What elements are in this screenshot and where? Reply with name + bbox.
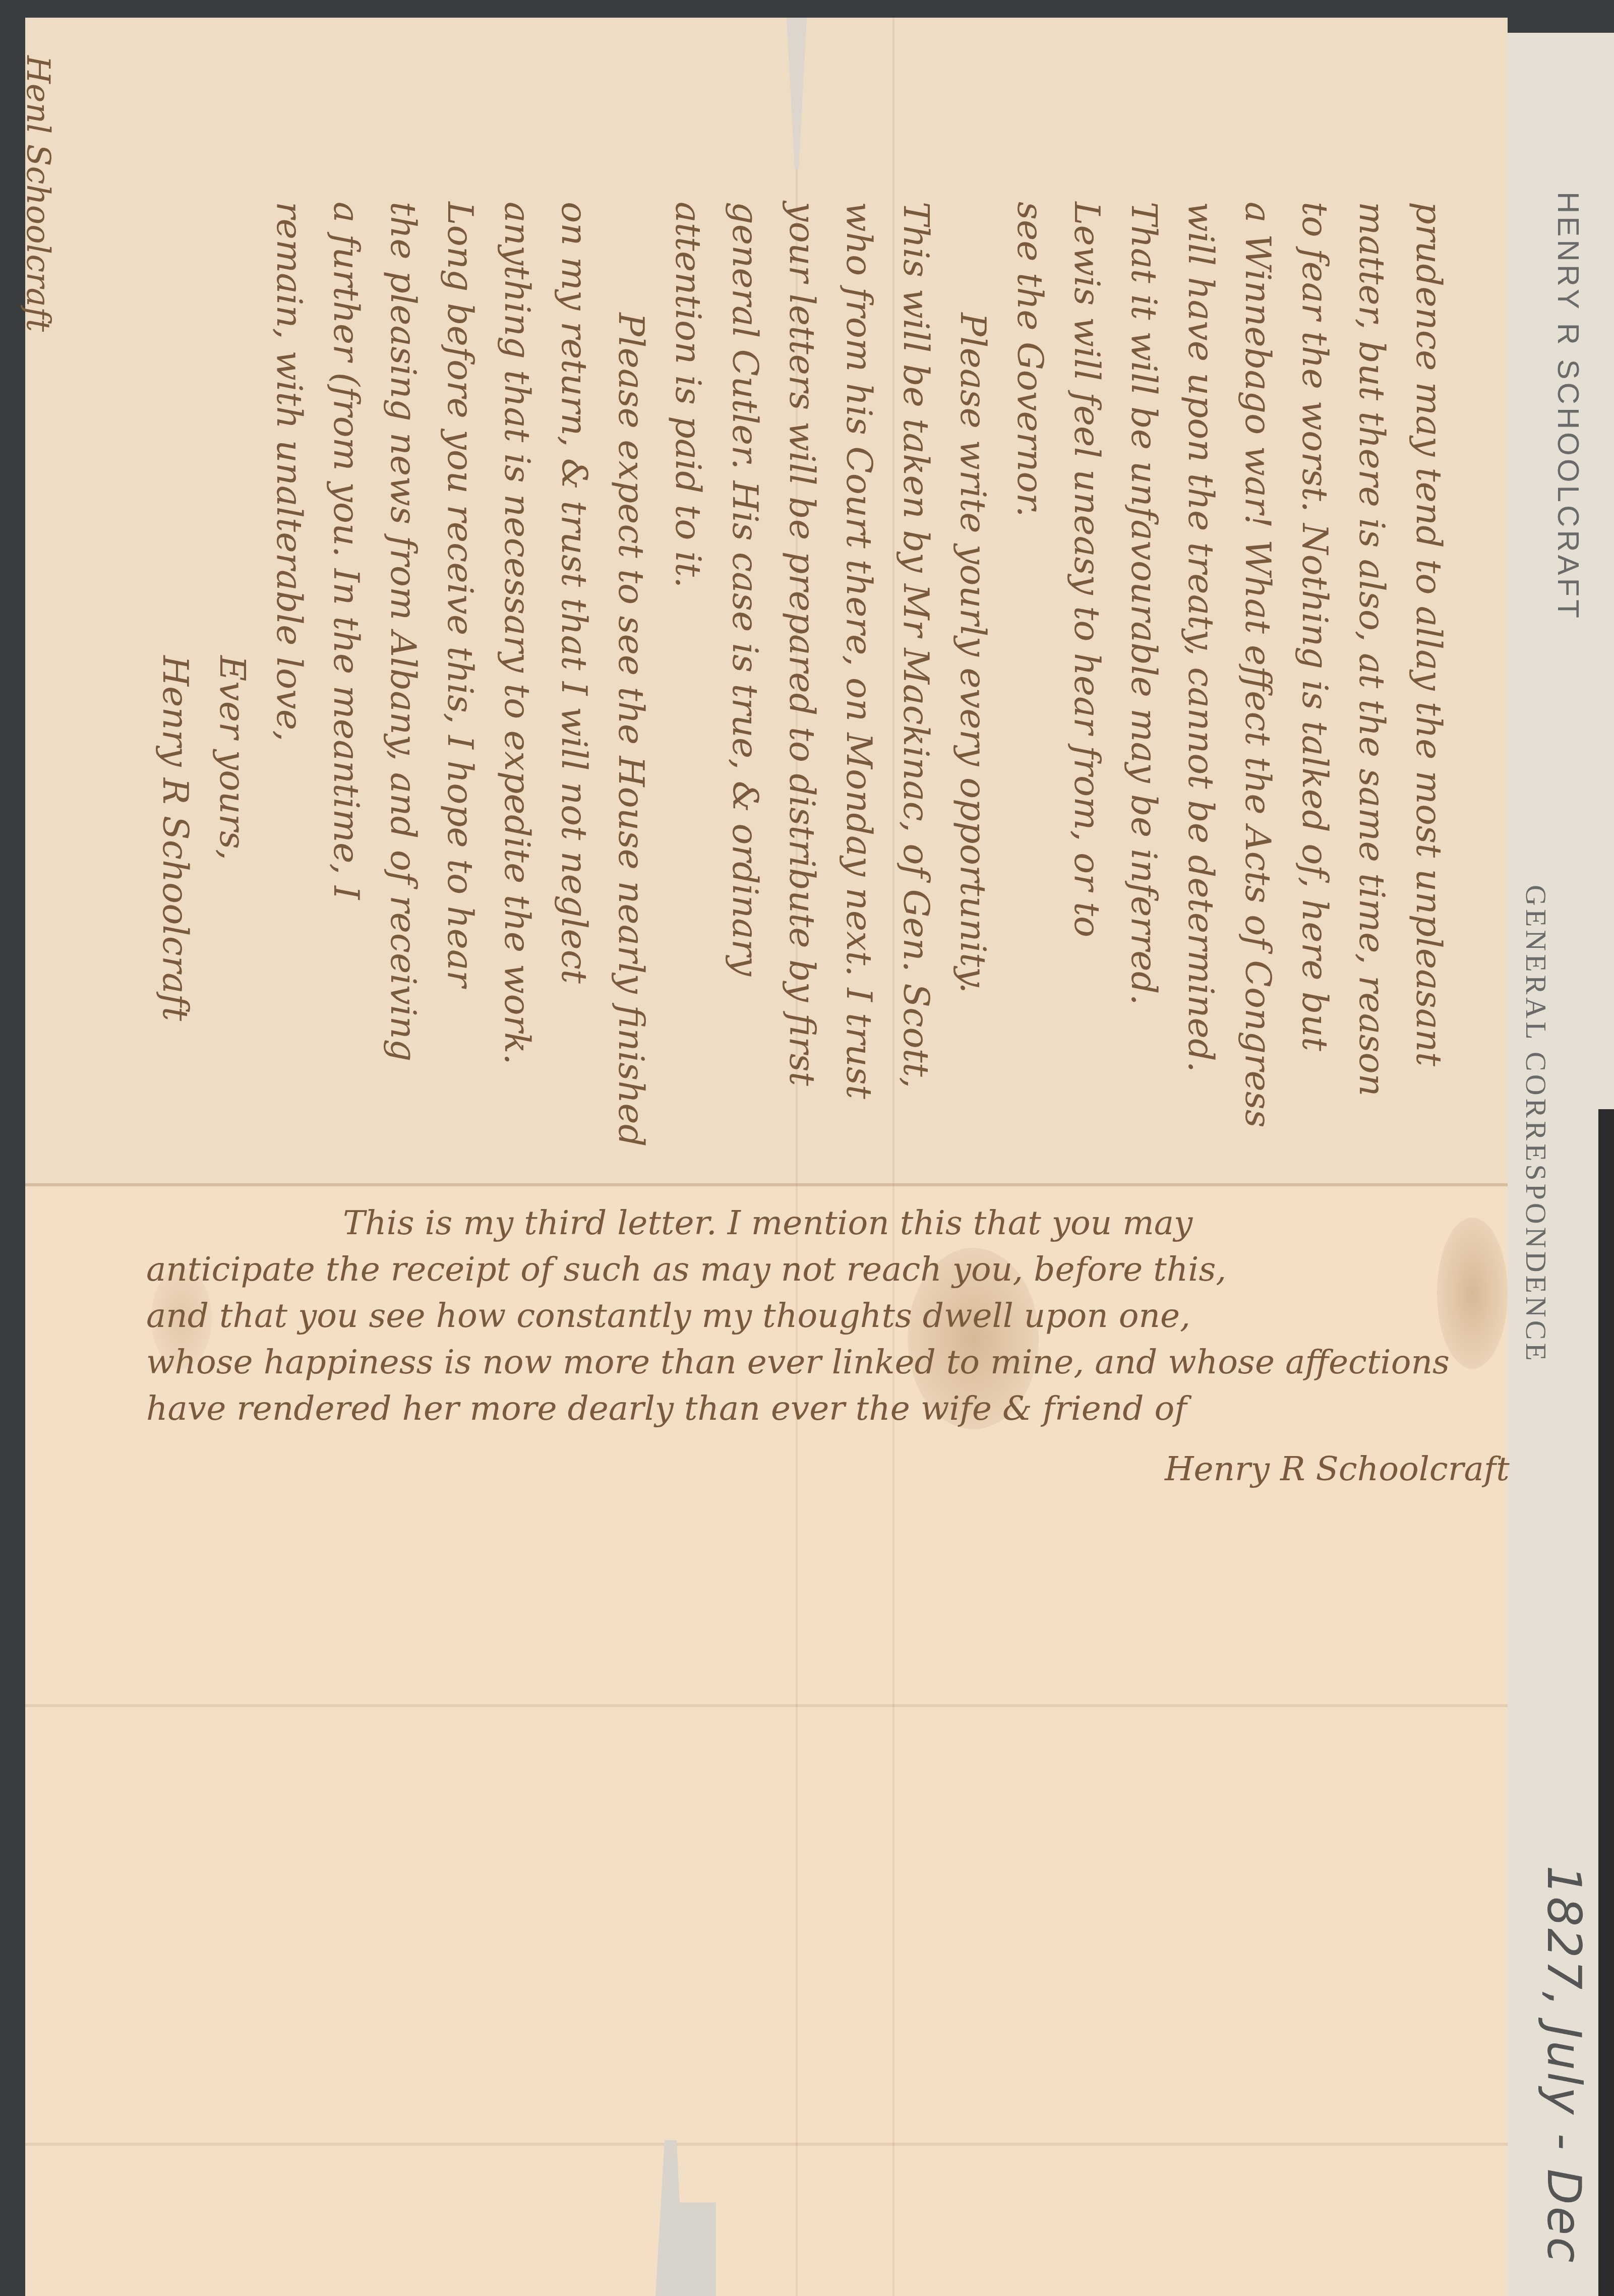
text-line: and that you see how constantly my thoug… <box>146 1293 1482 1339</box>
text-line: Lewis will feel uneasy to hear from, or … <box>1058 202 1115 1109</box>
text-line: who from his Court there, on Monday next… <box>830 202 887 1109</box>
signature: Henry R Schoolcraft <box>146 1446 1482 1492</box>
lower-page-text: This is my third letter. I mention this … <box>146 1200 1482 1492</box>
horizontal-fold <box>25 2143 1508 2146</box>
text-line: Please write yourly every opportunity. <box>944 202 1001 1109</box>
text-line: the pleasing news from Albany, and of re… <box>375 202 432 1109</box>
folder-date-label: 1827, July - Dec <box>1537 1865 1591 2265</box>
text-line: general Cutler. His case is true, & ordi… <box>716 202 773 1109</box>
folder-name-label: HENRY R SCHOOLCRAFT <box>1551 192 1586 621</box>
text-line: your letters will be prepared to distrib… <box>773 202 830 1109</box>
text-line: anything that is necessary to expedite t… <box>489 202 546 1109</box>
text-line: remain, with unalterable love, <box>261 202 318 1109</box>
text-line: Please expect to see the House nearly fi… <box>603 202 660 1109</box>
side-signature: Henl Schoolcraft <box>19 55 56 332</box>
text-line: Long before you receive this, I hope to … <box>432 202 489 1109</box>
text-line: anticipate the receipt of such as may no… <box>146 1246 1482 1293</box>
text-line: attention is paid to it. <box>660 202 716 1109</box>
text-line: That it will be unfavourable may be infe… <box>1115 202 1172 1109</box>
text-line: see the Governor. <box>1001 202 1058 1109</box>
text-line: a further (from you. In the meantime, I <box>318 202 375 1109</box>
text-line: will have upon the treaty, cannot be det… <box>1172 202 1229 1109</box>
text-line: whose happiness is now more than ever li… <box>146 1339 1482 1385</box>
signature: Henry R Schoolcraft <box>147 202 204 1109</box>
closing-line: Ever yours, <box>204 202 261 1109</box>
folder-edge <box>1598 1109 1614 2296</box>
text-line: to fear the worst. Nothing is talked of,… <box>1286 202 1343 1109</box>
text-line: matter, but there is also, at the same t… <box>1343 202 1400 1109</box>
text-line: This is my third letter. I mention this … <box>146 1200 1482 1246</box>
folder-series-label: GENERAL CORRESPONDENCE <box>1519 885 1553 1364</box>
text-line: This will be taken by Mr Mackinac, of Ge… <box>887 202 944 1109</box>
text-line: prudence may tend to allay the most unpl… <box>1400 202 1457 1109</box>
horizontal-fold <box>25 1183 1508 1186</box>
text-line: have rendered her more dearly than ever … <box>146 1385 1482 1432</box>
text-line: a Winnebago war! What effect the Acts of… <box>1229 202 1286 1109</box>
upper-page-text: prudence may tend to allay the most unpl… <box>147 202 1457 1109</box>
text-line: on my return, & trust that I will not ne… <box>546 202 603 1109</box>
horizontal-fold <box>25 1704 1508 1707</box>
